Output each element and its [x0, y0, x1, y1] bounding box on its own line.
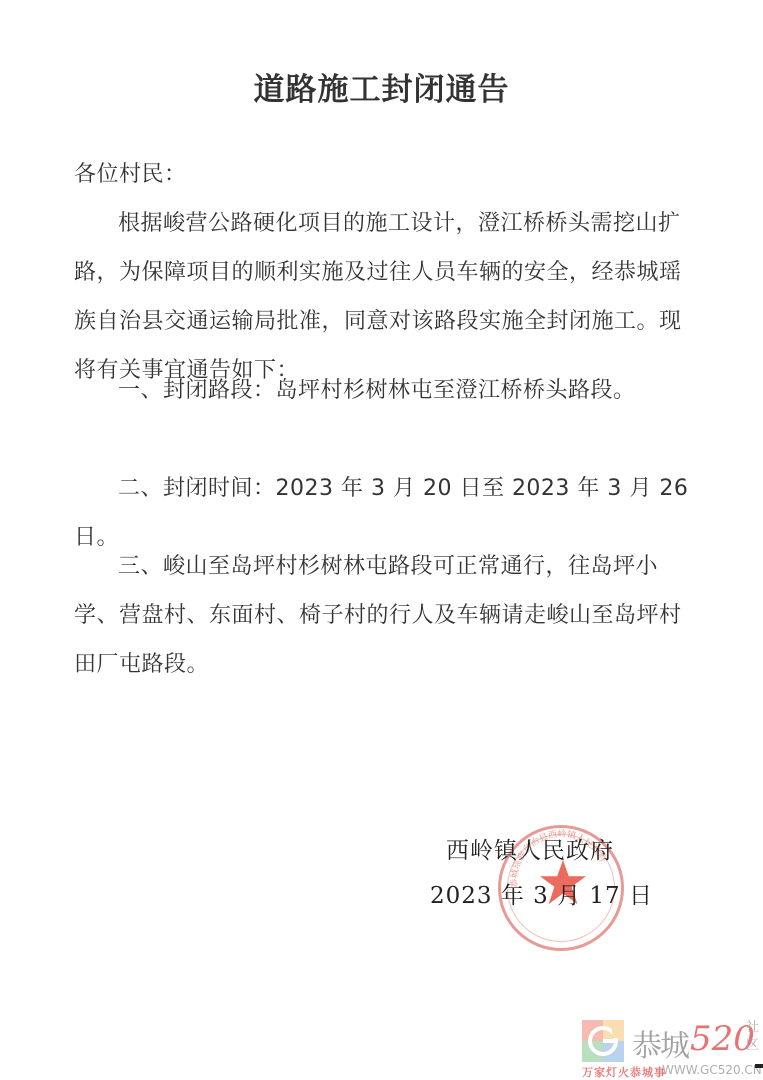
watermark-url: WWW.GC520.CN [662, 1063, 762, 1077]
scan-edge-mark [755, 1064, 763, 1068]
item-closed-section: 一、封闭路段：岛坪村杉树林屯至澄江桥桥头路段。 [74, 366, 694, 415]
site-watermark: 恭城 520 社 区 万家灯火恭城事 WWW.GC520.CN [560, 1015, 763, 1080]
g-logo-icon [582, 1020, 624, 1062]
watermark-suffix: 社 区 [746, 1019, 760, 1055]
suffix-bottom: 区 [746, 1038, 759, 1053]
notice-title: 道路施工封闭通告 [0, 64, 763, 109]
item-detour: 三、峻山至岛坪村杉树林屯路段可正常通行，往岛坪小学、营盘村、东面村、椅子村的行人… [74, 542, 694, 689]
signature-organization: 西岭镇人民政府 [446, 832, 614, 865]
watermark-slogan: 万家灯火恭城事 [582, 1064, 666, 1080]
item-text: 一、封闭路段：岛坪村杉树林屯至澄江桥桥头路段。 [74, 366, 694, 415]
signature-date: 2023 年 3 月 17 日 [430, 877, 653, 910]
suffix-top: 社 [746, 1020, 759, 1035]
salutation: 各位村民： [74, 150, 694, 199]
watermark-brand: 恭城 [632, 1021, 688, 1065]
item-text: 三、峻山至岛坪村杉树林屯路段可正常通行，往岛坪小学、营盘村、东面村、椅子村的行人… [74, 542, 694, 689]
